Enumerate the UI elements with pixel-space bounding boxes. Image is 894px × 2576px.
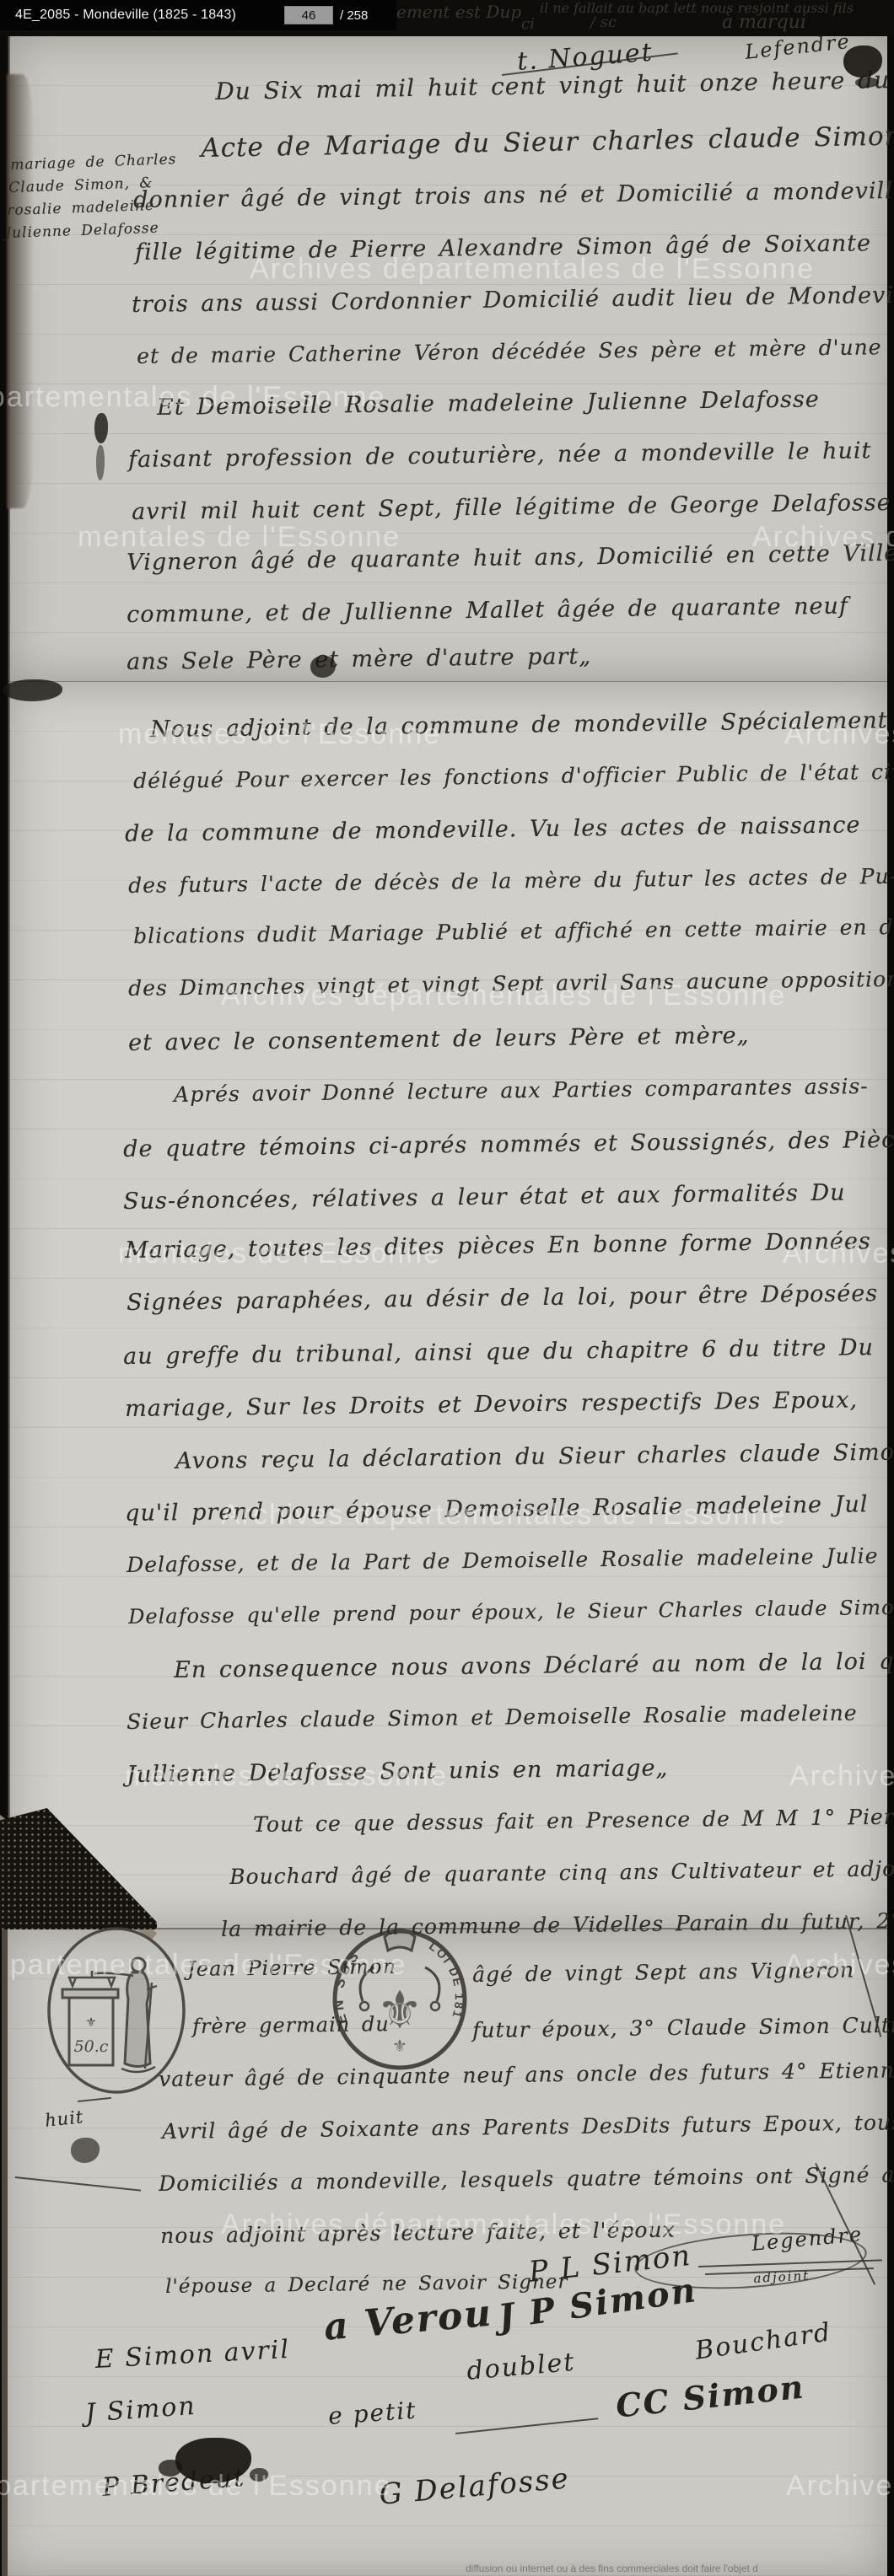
manuscript-line: frère germain du <box>192 2012 390 2038</box>
svg-text:⚜: ⚜ <box>85 2015 96 2030</box>
copyright-notice: diffusion ou internet ou à des fins comm… <box>466 2563 758 2574</box>
bleedthrough-script: ement est Dup <box>396 2 521 22</box>
bleedthrough-script: à marqui <box>722 12 806 33</box>
page-edge-shadow <box>2 1928 8 2576</box>
bleedthrough-script: il ne fallait au bapt lett nous resjoint… <box>540 0 854 16</box>
binding-shadow <box>7 74 35 508</box>
bleedthrough-script: / sc <box>590 13 617 31</box>
bleedthrough-script: ci <box>521 15 535 33</box>
page-total-label: / 258 <box>340 7 368 25</box>
margin-note: huit <box>44 2106 84 2131</box>
page-number-input[interactable]: 46 <box>284 6 333 24</box>
svg-text:⚜: ⚜ <box>392 2037 407 2056</box>
manuscript-line: âgé de vingt Sept ans Vigneron <box>472 1957 854 1987</box>
manuscript-line: Jean Pierre Simon <box>187 1955 396 1981</box>
stamp-50c-label: 50.c <box>74 2037 109 2056</box>
royal-stamp-1816: ⚜ ⚜ EN SUS LOI DE 1816 <box>329 1919 471 2072</box>
manuscript-line: futur époux, 3° Claude Simon Culti <box>472 2013 894 2042</box>
archive-viewer: ⚜ 50.c ⚜ ⚜ EN SUS LOI DE 1816 <box>0 0 894 2576</box>
document-title: 4E_2085 - Mondeville (1825 - 1843) <box>15 8 236 23</box>
